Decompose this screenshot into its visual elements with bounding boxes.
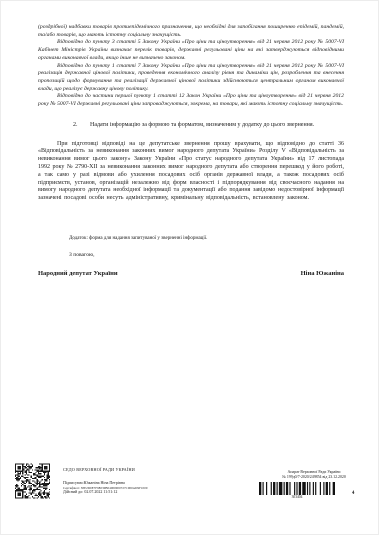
law-citation-paragraph: Відповідно до пункту 1 статті 7 Закону У… bbox=[38, 63, 344, 94]
law-citation-paragraph: Відповідно до пункту 3 статті 5 Закону У… bbox=[38, 39, 344, 62]
registration-number: № 199д0/7-2020/249854 від 23.12.2020 bbox=[253, 475, 375, 480]
item-number: 2. bbox=[73, 122, 90, 130]
law-citation-paragraph: (роздрібної) надбавки товарів протиепіде… bbox=[38, 24, 344, 39]
page-number: 4 bbox=[352, 491, 354, 496]
signature-name: Ніна Южаніна bbox=[301, 270, 344, 277]
attachment-line: Додаток: форма для надання запитуваної у… bbox=[38, 236, 344, 243]
document-page: (роздрібної) надбавки товарів протиепіде… bbox=[0, 0, 379, 535]
signature-title: Народний депутат України bbox=[38, 270, 118, 277]
valid-until-line: Дійсний до: 02.07.2022 11:51:12 bbox=[63, 490, 193, 495]
barcode-number: 303404 bbox=[259, 495, 335, 499]
liability-paragraph: При підготовці відповіді на це депутатсь… bbox=[38, 141, 344, 203]
request-item-2: 2.Надати інформацію за формою та формато… bbox=[38, 122, 344, 130]
letter-body: (роздрібної) надбавки товарів протиепіде… bbox=[38, 24, 344, 277]
law-citation-paragraph: Відповідно до частини першої пункту 1 ст… bbox=[38, 93, 344, 108]
barcode bbox=[259, 482, 335, 495]
item-text: Надати інформацію за формою та форматом,… bbox=[90, 122, 314, 128]
sedo-title: СЕДО ВЕРХОВНОЇ РАДИ УКРАЇНИ bbox=[63, 467, 193, 472]
qr-code bbox=[15, 462, 50, 500]
signature-row: Народний депутат України Ніна Южаніна bbox=[38, 270, 344, 277]
closing-line: З повагою, bbox=[38, 252, 344, 259]
registration-stamp: Апарат Верховної Ради України № 199д0/7-… bbox=[253, 470, 375, 499]
esign-info-block: СЕДО ВЕРХОВНОЇ РАДИ УКРАЇНИ Підписувач:Ю… bbox=[63, 467, 193, 495]
